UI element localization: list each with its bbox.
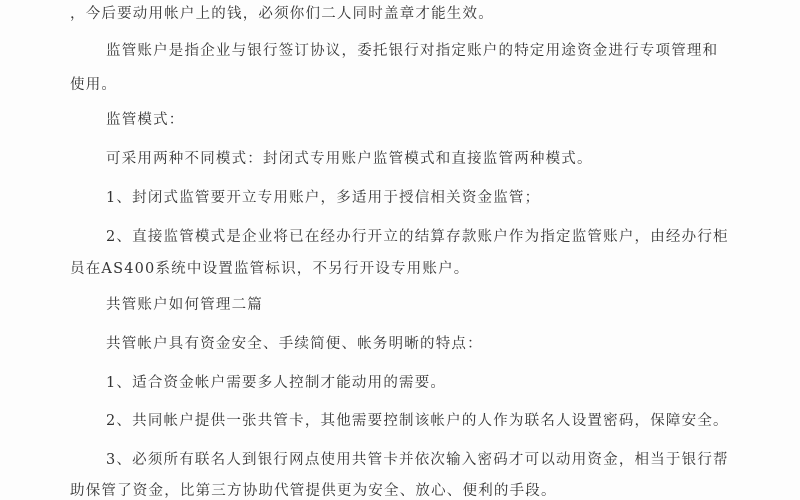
list-item-direct-mode: 2、直接监管模式是企业将已在经办行开立的结算存款账户作为指定监管账户，由经办行柜 [106,227,729,247]
list-item-direct-mode-cont: 员在AS400系统中设置监管标识，不另行开设专用账户。 [70,259,469,279]
list-item-feature-3-cont: 助保管了资金，比第三方协助代管提供更为安全、放心、便利的手段。 [70,481,557,500]
list-item-feature-1: 1、适合资金帐户需要多人控制才能动用的需要。 [106,373,446,393]
list-item-closed-mode: 1、封闭式监管要开立专用账户，多适用于授信相关资金监管； [106,188,540,208]
list-item-feature-2: 2、共同帐户提供一张共管卡，其他需要控制该帐户的人作为联名人设置密码，保障安全。 [106,411,729,431]
document-page: ，今后要动用帐户上的钱，必须你们二人同时盖章才能生效。 监管账户是指企业与银行签… [0,0,800,500]
text-line-continuation: ，今后要动用帐户上的钱，必须你们二人同时盖章才能生效。 [70,4,494,24]
paragraph-supervised-account-definition: 监管账户是指企业与银行签订协议，委托银行对指定账户的特定用途资金进行专项管理和 [106,41,718,61]
section-title-joint-account: 共管账户如何管理二篇 [106,295,263,315]
paragraph-two-modes: 可采用两种不同模式：封闭式专用账户监管模式和直接监管两种模式。 [106,149,593,169]
list-item-feature-3: 3、必须所有联名人到银行网点使用共管卡并依次输入密码才可以动用资金，相当于银行帮 [106,450,729,470]
paragraph-supervised-account-definition-cont: 使用。 [70,75,117,95]
heading-supervision-modes: 监管模式： [106,110,185,130]
paragraph-joint-account-features: 共管帐户具有资金安全、手续简便、帐务明晰的特点： [106,334,483,354]
